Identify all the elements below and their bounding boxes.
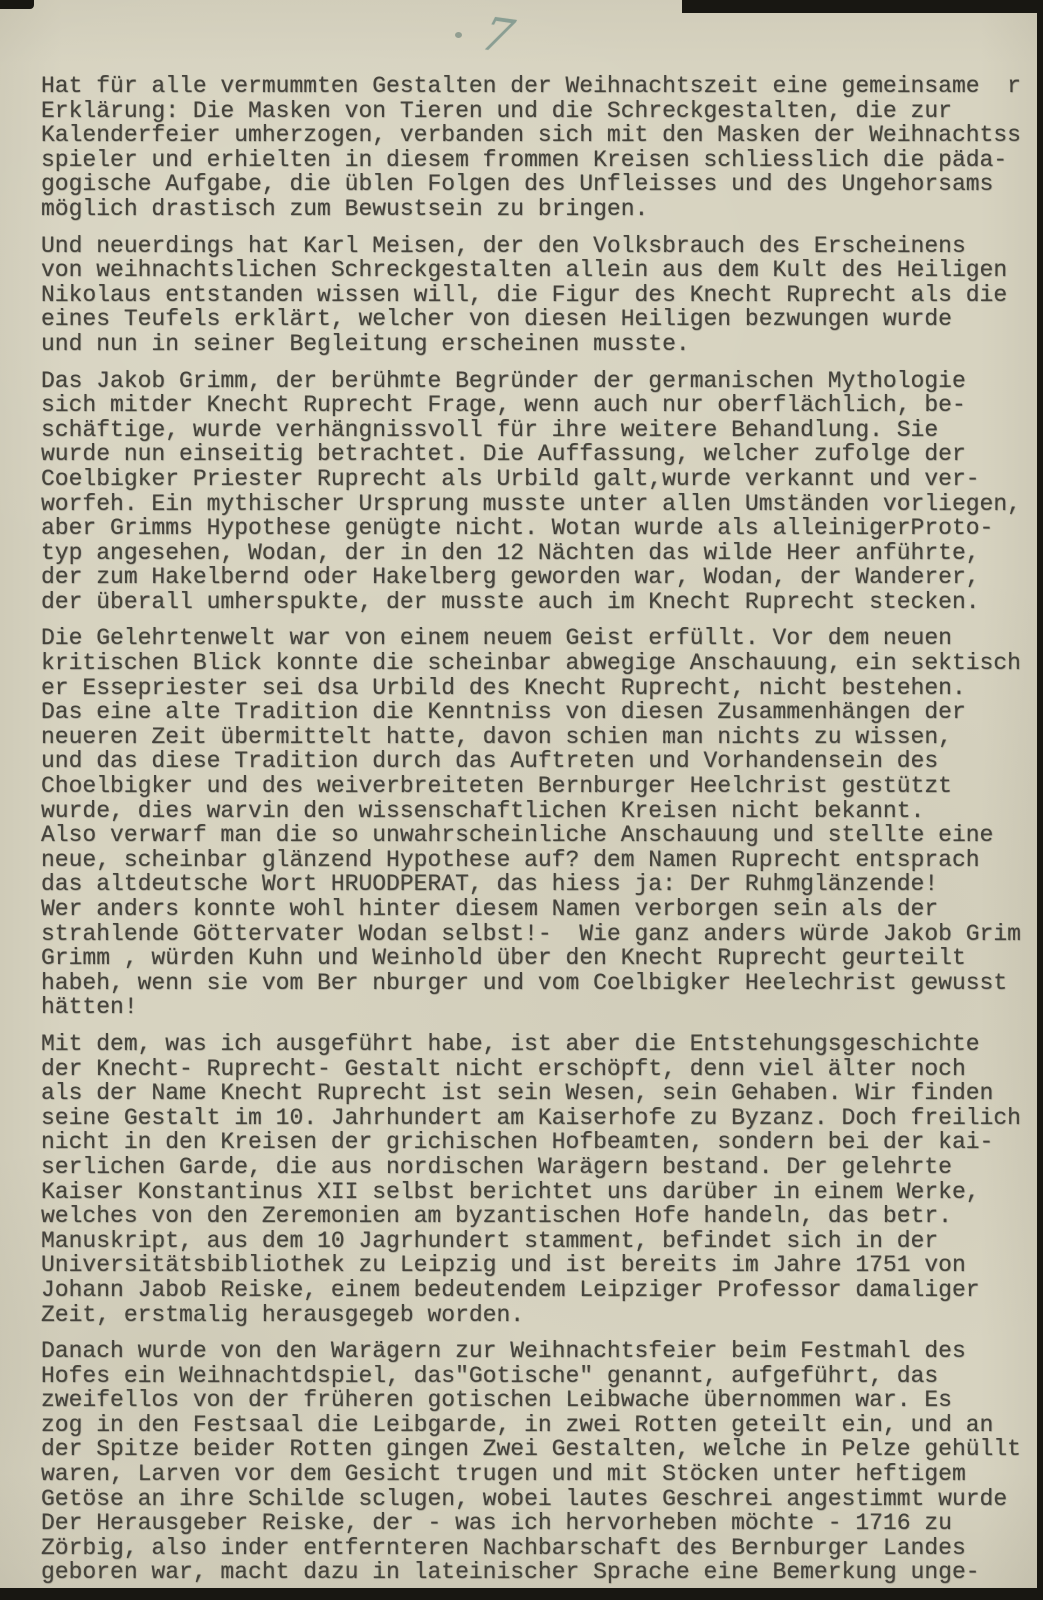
text-line: das altdeutsche Wort HRUODPERAT, das hie… [41, 872, 1041, 897]
text-line: der Spitze beider Rotten gingen Zwei Ges… [41, 1437, 1041, 1462]
text-line: nicht in den Kreisen der grichischen Hof… [41, 1130, 1041, 1155]
text-line: welches von den Zeremonien am byzantisch… [41, 1204, 1041, 1229]
paragraph: Danach wurde von den Warägern zur Weihna… [41, 1339, 1041, 1585]
text-line: strahlende Göttervater Wodan selbst!- Wi… [41, 922, 1041, 947]
paragraph: Die Gelehrtenwelt war von einem neuem Ge… [41, 626, 1041, 1020]
text-line: Manuskript, aus dem 10 Jagrhundert stamm… [41, 1229, 1041, 1254]
text-line: Universitätsbibliothek zu Leipzig und is… [41, 1253, 1041, 1278]
text-line: als der Name Knecht Ruprecht ist sein We… [41, 1081, 1041, 1106]
text-line: hätten! [41, 995, 1041, 1020]
text-line: spieler und erhielten in diesem frommen … [41, 148, 1041, 173]
pencil-dot [455, 32, 462, 38]
text-line: Kaiser Konstantinus XII selbst berichtet… [41, 1180, 1041, 1205]
text-line: Danach wurde von den Warägern zur Weihna… [41, 1339, 1041, 1364]
text-line: waren, Larven vor dem Gesicht trugen und… [41, 1462, 1041, 1487]
text-line: schäftige, wurde verhängnissvoll für ihr… [41, 418, 1041, 443]
text-line: Und neuerdings hat Karl Meisen, der den … [41, 234, 1041, 259]
text-line: wurde, dies warvin den wissenschaftliche… [41, 799, 1041, 824]
text-line: möglich drastisch zum Bewustsein zu brin… [41, 197, 1041, 222]
paragraph: Mit dem, was ich ausgeführt habe, ist ab… [41, 1032, 1041, 1327]
text-line: der zum Hakelbernd oder Hakelberg geword… [41, 565, 1041, 590]
text-line: von weihnachtslichen Schreckgestalten al… [41, 258, 1041, 283]
text-line: Das eine alte Tradition die Kenntniss vo… [41, 700, 1041, 725]
text-line: Das Jakob Grimm, der berühmte Begründer … [41, 369, 1041, 394]
text-line: zog in den Festsaal die Leibgarde, in zw… [41, 1413, 1041, 1438]
text-line: Getöse an ihre Schilde sclugen, wobei la… [41, 1487, 1041, 1512]
text-line: Zörbig, also inder entfernteren Nachbars… [41, 1536, 1041, 1561]
document-page: 7 Hat für alle vermummten Gestalten der … [0, 0, 1043, 1600]
text-line: Grimm , würden Kuhn und Weinhold über de… [41, 946, 1041, 971]
scan-edge-strip-top [682, 0, 1043, 13]
text-line: Hat für alle vermummten Gestalten der We… [41, 74, 1041, 99]
text-line: Also verwarf man die so unwahrscheinlich… [41, 823, 1041, 848]
text-line: Mit dem, was ich ausgeführt habe, ist ab… [41, 1032, 1041, 1057]
text-line: kritischen Blick konnte die scheinbar ab… [41, 651, 1041, 676]
text-line: Nikolaus entstanden wissen will, die Fig… [41, 283, 1041, 308]
paragraph: Das Jakob Grimm, der berühmte Begründer … [41, 369, 1041, 615]
paragraph: Hat für alle vermummten Gestalten der We… [41, 74, 1041, 222]
text-line: aber Grimms Hypothese genügte nicht. Wot… [41, 516, 1041, 541]
text-line: eines Teufels erklärt, welcher von diese… [41, 307, 1041, 332]
text-line: Zeit, erstmalig herausgegeb worden. [41, 1303, 1041, 1328]
text-line: habeh, wenn sie vom Ber nburger und vom … [41, 971, 1041, 996]
text-line: serlichen Garde, die aus nordischen Warä… [41, 1155, 1041, 1180]
text-line: zweifellos von der früheren gotischen Le… [41, 1388, 1041, 1413]
text-line: gogische Aufgabe, die üblen Folgen des U… [41, 172, 1041, 197]
text-line: der überall umherspukte, der musste auch… [41, 590, 1041, 615]
paragraph: Und neuerdings hat Karl Meisen, der den … [41, 234, 1041, 357]
text-line: Die Gelehrtenwelt war von einem neuem Ge… [41, 626, 1041, 651]
text-line: typ angesehen, Wodan, der in den 12 Näch… [41, 541, 1041, 566]
text-line: er Essepriester sei dsa Urbild des Knech… [41, 676, 1041, 701]
text-line: Erklärung: Die Masken von Tieren und die… [41, 99, 1041, 124]
text-line: und nun in seiner Begleitung erscheinen … [41, 332, 1041, 357]
text-line: wurde nun einseitig betrachtet. Die Auff… [41, 442, 1041, 467]
handwritten-page-number: 7 [476, 7, 520, 63]
text-line: geboren war, macht dazu in lateinischer … [41, 1560, 1041, 1585]
text-line: Choelbigker und des weiverbreiteten Bern… [41, 774, 1041, 799]
text-line: Kalenderfeier umherzogen, verbanden sich… [41, 123, 1041, 148]
scan-edge-mark-top-left [0, 0, 34, 9]
text-line: Wer anders konnte wohl hinter diesem Nam… [41, 897, 1041, 922]
text-line: der Knecht- Ruprecht- Gestalt nicht ersc… [41, 1057, 1041, 1082]
typewritten-text-block: Hat für alle vermummten Gestalten der We… [41, 74, 1041, 1597]
text-line: Coelbigker Priester Ruprecht als Urbild … [41, 467, 1041, 492]
text-line: Der Herausgeber Reiske, der - was ich he… [41, 1511, 1041, 1536]
text-line: neueren Zeit übermittelt hatte, davon sc… [41, 725, 1041, 750]
text-line: sich mitder Knecht Ruprecht Frage, wenn … [41, 393, 1041, 418]
text-line: worfeh. Ein mythischer Ursprung musste u… [41, 492, 1041, 517]
text-line: Hofes ein Weihnachtdspiel, das"Gotische"… [41, 1364, 1041, 1389]
text-line: seine Gestalt im 10. Jahrhundert am Kais… [41, 1106, 1041, 1131]
text-line: Johann Jabob Reiske, einem bedeutendem L… [41, 1278, 1041, 1303]
text-line: neue, scheinbar glänzend Hypothese auf? … [41, 848, 1041, 873]
text-line: und das diese Tradition durch das Auftre… [41, 749, 1041, 774]
